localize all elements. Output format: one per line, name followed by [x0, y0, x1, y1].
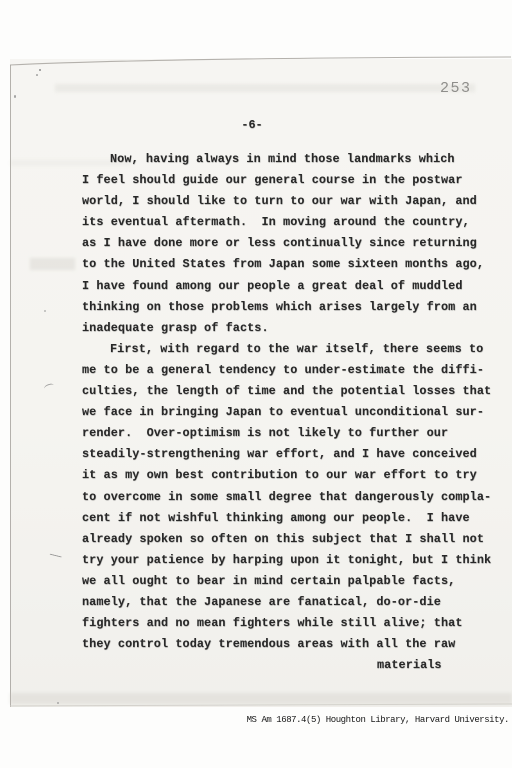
- paragraph-line: thinking on those problems which arises …: [82, 297, 492, 318]
- archive-page-number: 253: [440, 80, 472, 97]
- paragraph-line: namely, that the Japanese are fanatical,…: [82, 592, 492, 613]
- paragraph-line: already spoken so often on this subject …: [82, 529, 492, 550]
- pencil-mark: [44, 310, 46, 312]
- paragraph-line: we all ought to bear in mind certain pal…: [82, 571, 492, 592]
- paragraph-line: I have found among our people a great de…: [82, 276, 492, 297]
- paragraph-line: me to be a general tendency to under-est…: [82, 360, 492, 381]
- pencil-mark: [36, 74, 38, 76]
- scan-streak: [10, 693, 512, 704]
- document-body: Now, having always in mind those landmar…: [82, 149, 492, 676]
- pencil-mark: [57, 702, 59, 704]
- pencil-mark: [39, 69, 41, 71]
- paragraph-line: to overcome in some small degree that da…: [82, 487, 492, 508]
- catchword-line: materials: [82, 655, 492, 676]
- paragraph-line: they control today tremendous areas with…: [82, 634, 492, 655]
- paragraph-line: its eventual aftermath. In moving around…: [82, 212, 492, 233]
- paragraph-line: we face in bringing Japan to eventual un…: [82, 402, 492, 423]
- paragraph-line: First, with regard to the war itself, th…: [82, 339, 492, 360]
- paragraph-line: fighters and no mean fighters while stil…: [82, 613, 492, 634]
- paragraph-line: cent if not wishful thinking among our p…: [82, 508, 492, 529]
- scan-streak: [30, 258, 75, 270]
- scan-streak: [55, 84, 475, 92]
- paragraph-line: culties, the length of time and the pote…: [82, 381, 492, 402]
- document-scan: 253 -6- Now, having always in mind those…: [0, 0, 512, 768]
- paragraph-line: I feel should guide our general course i…: [82, 170, 492, 191]
- pencil-mark: [14, 95, 16, 98]
- paragraph-line: it as my own best contribution to our wa…: [82, 465, 492, 486]
- paragraph-line: to the United States from Japan some six…: [82, 254, 492, 275]
- library-credit-caption: MS Am 1687.4(5) Houghton Library, Harvar…: [247, 715, 509, 725]
- paragraph-line: world, I should like to turn to our war …: [82, 191, 492, 212]
- paragraph-line: steadily-strengthening war effort, and I…: [82, 444, 492, 465]
- paragraph-line: try your patience by harping upon it ton…: [82, 550, 492, 571]
- paragraph-line: as I have done more or less continually …: [82, 233, 492, 254]
- paragraph-line: inadequate grasp of facts.: [82, 318, 492, 339]
- paragraph-line: render. Over-optimism is not likely to f…: [82, 423, 492, 444]
- paragraph-line: Now, having always in mind those landmar…: [82, 149, 492, 170]
- page-number-heading: -6-: [82, 118, 422, 132]
